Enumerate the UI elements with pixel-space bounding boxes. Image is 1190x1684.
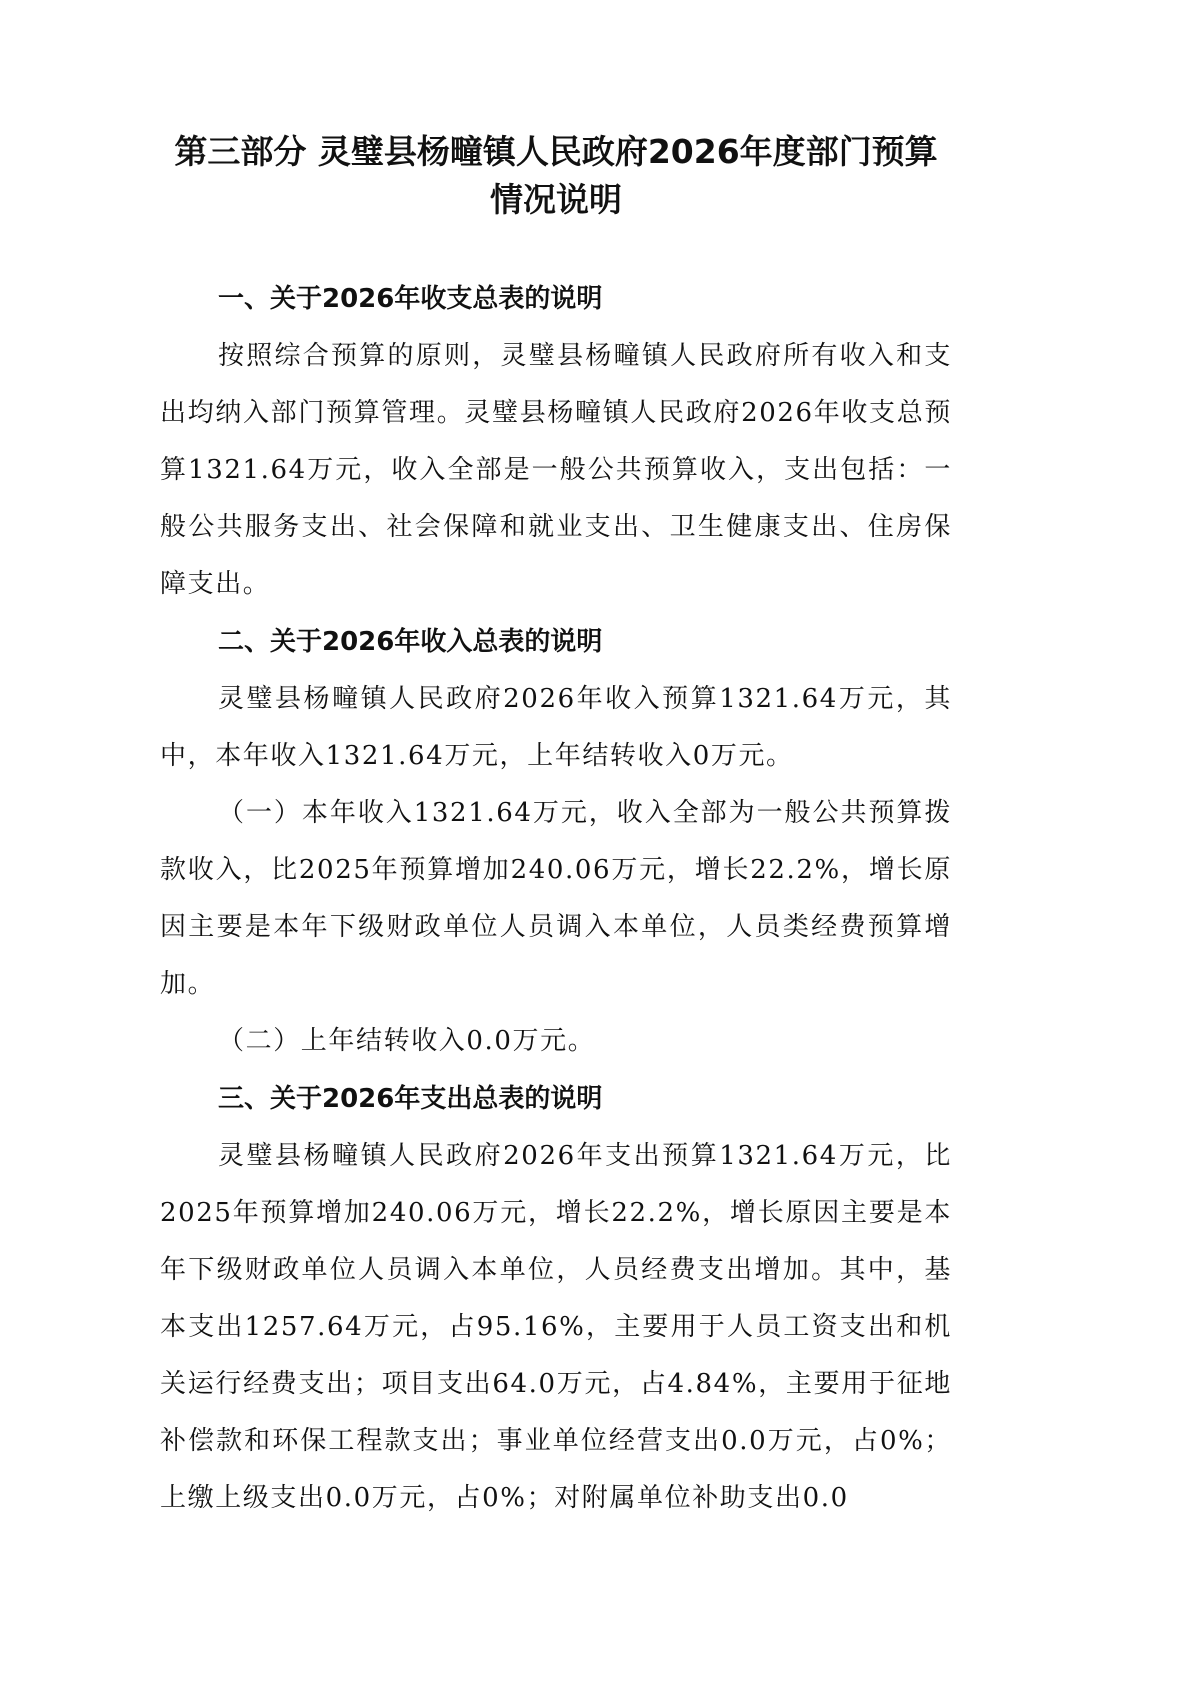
paragraph: 灵璧县杨疃镇人民政府2026年收入预算1321.64万元，其中，本年收入1321… bbox=[160, 671, 952, 785]
section-heading: 二、关于2026年收入总表的说明 bbox=[160, 613, 952, 671]
section-income-expense-summary: 一、关于2026年收支总表的说明 按照综合预算的原则，灵璧县杨疃镇人民政府所有收… bbox=[160, 270, 952, 613]
section-heading: 一、关于2026年收支总表的说明 bbox=[160, 270, 952, 328]
paragraph: （二）上年结转收入0.0万元。 bbox=[160, 1013, 952, 1070]
document-page: 第三部分 灵璧县杨疃镇人民政府2026年度部门预算情况说明 一、关于2026年收… bbox=[160, 128, 952, 1527]
document-title: 第三部分 灵璧县杨疃镇人民政府2026年度部门预算情况说明 bbox=[160, 128, 952, 224]
paragraph: 灵璧县杨疃镇人民政府2026年支出预算1321.64万元，比2025年预算增加2… bbox=[160, 1128, 952, 1527]
paragraph: 按照综合预算的原则，灵璧县杨疃镇人民政府所有收入和支出均纳入部门预算管理。灵璧县… bbox=[160, 328, 952, 613]
section-income-summary: 二、关于2026年收入总表的说明 灵璧县杨疃镇人民政府2026年收入预算1321… bbox=[160, 613, 952, 1070]
section-heading: 三、关于2026年支出总表的说明 bbox=[160, 1070, 952, 1128]
section-expense-summary: 三、关于2026年支出总表的说明 灵璧县杨疃镇人民政府2026年支出预算1321… bbox=[160, 1070, 952, 1527]
paragraph: （一）本年收入1321.64万元，收入全部为一般公共预算拨款收入，比2025年预… bbox=[160, 785, 952, 1013]
